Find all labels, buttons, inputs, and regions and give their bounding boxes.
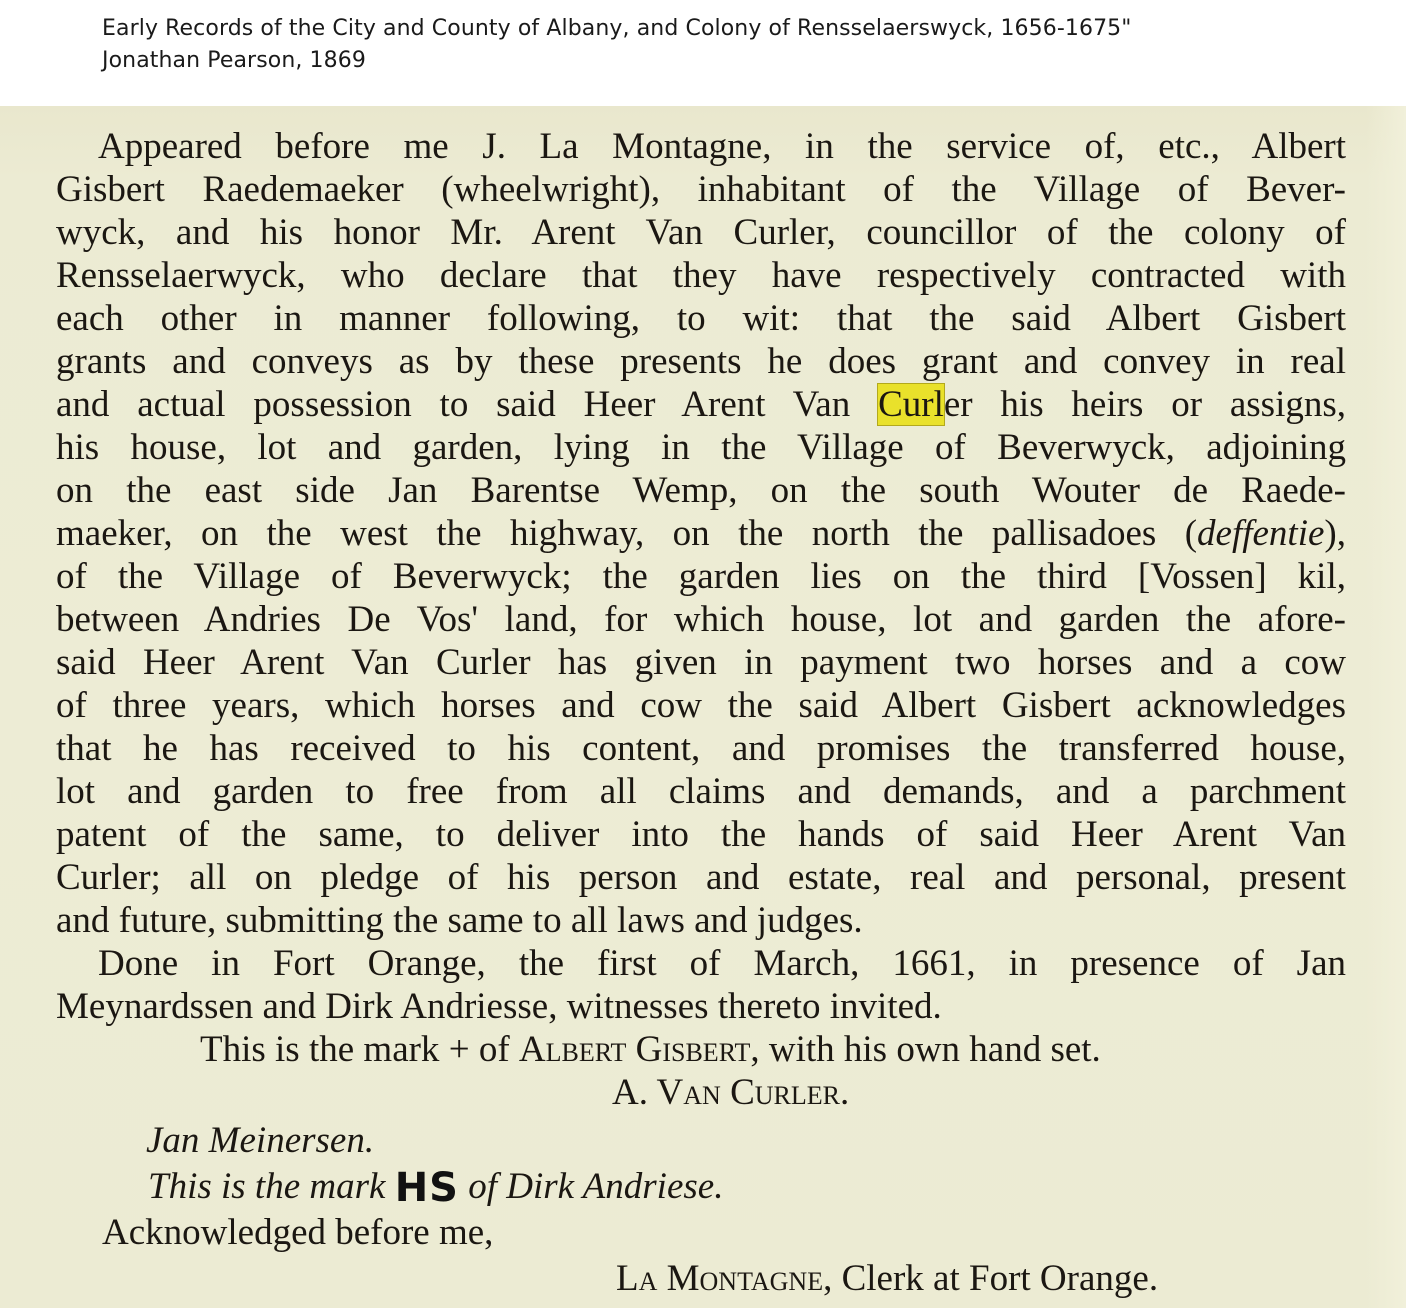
acknowledged-line: Acknowledged before me, bbox=[102, 1214, 493, 1251]
source-author: Jonathan Pearson, 1869 bbox=[102, 48, 366, 73]
clerk-name: La Montagne bbox=[616, 1258, 823, 1299]
text-line: and future, submitting the same to all l… bbox=[56, 902, 863, 939]
text-line: Appeared before me J. La Montagne, in th… bbox=[98, 128, 1346, 165]
text-line: his house, lot and garden, lying in the … bbox=[56, 429, 1346, 466]
andriese-mark-line: This is the mark HS of Dirk Andriese. bbox=[148, 1168, 723, 1208]
text-line: said Heer Arent Van Curler has given in … bbox=[56, 644, 1346, 681]
text-line-highlighted: and actual possession to said Heer Arent… bbox=[56, 386, 1346, 423]
signatory-name: Albert Gisbert bbox=[519, 1029, 750, 1070]
text-line: of three years, which horses and cow the… bbox=[56, 687, 1346, 724]
scanned-page: Appeared before me J. La Montagne, in th… bbox=[0, 106, 1406, 1308]
text-line: Done in Fort Orange, the first of March,… bbox=[98, 945, 1346, 982]
text-line: grants and conveys as by these presents … bbox=[56, 343, 1346, 380]
text-line: each other in manner following, to wit: … bbox=[56, 300, 1346, 337]
hs-mark-icon: HS bbox=[395, 1165, 459, 1211]
text-line: Rensselaerwyck, who declare that they ha… bbox=[56, 257, 1346, 294]
text-line: wyck, and his honor Mr. Arent Van Curler… bbox=[56, 214, 1346, 251]
caption-header: Early Records of the City and County of … bbox=[0, 0, 1406, 106]
gisbert-mark-line: This is the mark + of Albert Gisbert, wi… bbox=[200, 1031, 1101, 1068]
text-line: of the Village of Beverwyck; the garden … bbox=[56, 558, 1346, 595]
van-curler-signature: A. Van Curler. bbox=[612, 1074, 849, 1111]
text-line: Curler; all on pledge of his person and … bbox=[56, 859, 1346, 896]
source-title: Early Records of the City and County of … bbox=[102, 16, 1131, 41]
text-line: maeker, on the west the highway, on the … bbox=[56, 515, 1346, 552]
text-line: on the east side Jan Barentse Wemp, on t… bbox=[56, 472, 1346, 509]
search-highlight[interactable]: Curl bbox=[878, 384, 944, 425]
text-line: lot and garden to free from all claims a… bbox=[56, 773, 1346, 810]
clerk-signature: La Montagne, Clerk at Fort Orange. bbox=[616, 1260, 1158, 1297]
text-line: between Andries De Vos' land, for which … bbox=[56, 601, 1346, 638]
text-line: that he has received to his content, and… bbox=[56, 730, 1346, 767]
text-line: patent of the same, to deliver into the … bbox=[56, 816, 1346, 853]
text-line: Gisbert Raedemaeker (wheelwright), inhab… bbox=[56, 171, 1346, 208]
italic-term: deffentie bbox=[1197, 513, 1324, 554]
meinersen-signature: Jan Meinersen. bbox=[146, 1122, 374, 1159]
cross-mark-icon: + bbox=[449, 1029, 470, 1070]
text-line: Meynardssen and Dirk Andriesse, witnesse… bbox=[56, 988, 942, 1025]
